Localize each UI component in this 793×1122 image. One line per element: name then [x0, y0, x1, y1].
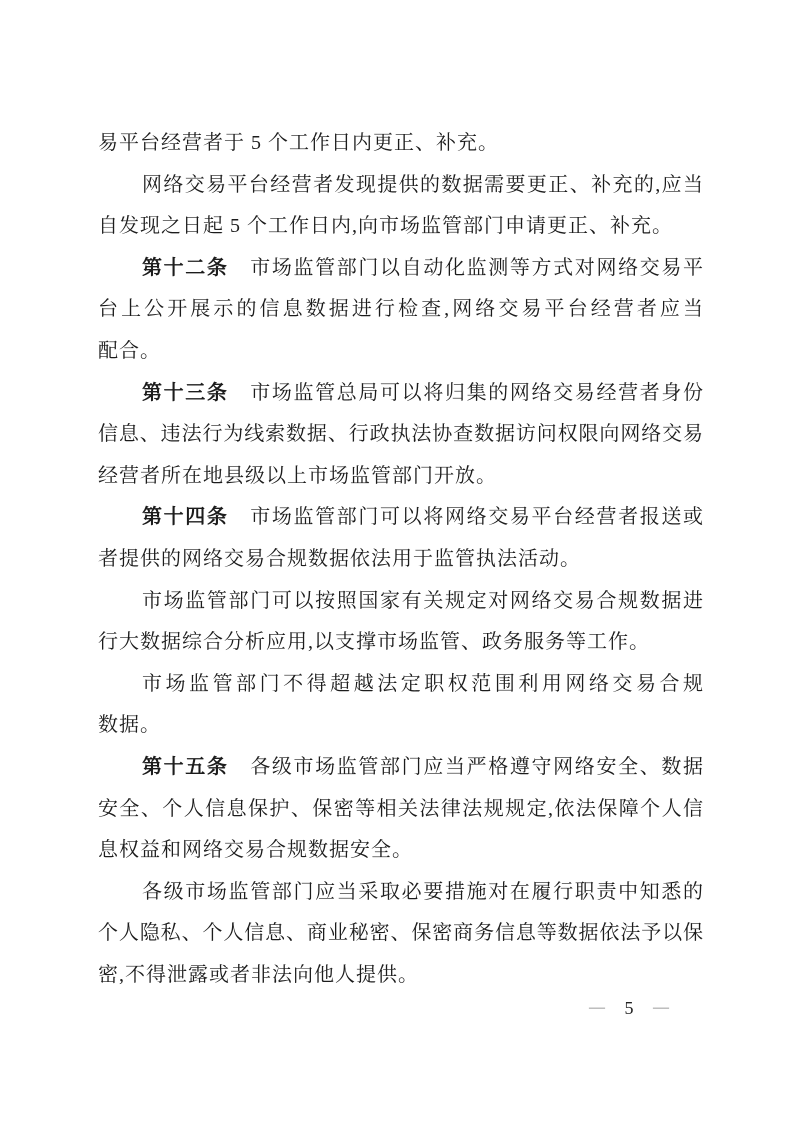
- document-body: 易平台经营者于 5 个工作日内更正、补充。网络交易平台经营者发现提供的数据需要更…: [98, 123, 703, 996]
- article-number: 第十五条: [142, 756, 229, 778]
- text-segment: 息权益和网络交易合规数据安全。: [98, 839, 413, 861]
- text-segment: 行大数据综合分析应用,以支撑市场监管、政务服务等工作。: [98, 631, 650, 653]
- text-line: 网络交易平台经营者发现提供的数据需要更正、补充的,应当: [98, 165, 703, 207]
- text-line: 安全、个人信息保护、保密等相关法律法规规定,依法保障个人信: [98, 789, 703, 831]
- text-segment: 市场监管总局可以将归集的网络交易经营者身份: [229, 382, 703, 404]
- text-segment: 各级市场监管部门应当采取必要措施对在履行职责中知悉的: [142, 881, 703, 903]
- text-line: 易平台经营者于 5 个工作日内更正、补充。: [98, 123, 703, 165]
- text-line: 配合。: [98, 331, 703, 373]
- text-segment: 经营者所在地县级以上市场监管部门开放。: [98, 465, 497, 487]
- article-number: 第十四条: [142, 506, 229, 528]
- text-line: 密,不得泄露或者非法向他人提供。: [98, 955, 703, 997]
- text-segment: 市场监管部门可以按照国家有关规定对网络交易合规数据进: [142, 590, 703, 612]
- text-line: 行大数据综合分析应用,以支撑市场监管、政务服务等工作。: [98, 622, 703, 664]
- document-page: 易平台经营者于 5 个工作日内更正、补充。网络交易平台经营者发现提供的数据需要更…: [0, 0, 793, 1122]
- text-segment: 市场监管部门以自动化监测等方式对网络交易平: [229, 257, 703, 279]
- article-number: 第十二条: [142, 257, 229, 279]
- footer-dash-left: —: [589, 995, 605, 1021]
- text-segment: 自发现之日起 5 个工作日内,向市场监管部门申请更正、补充。: [98, 215, 673, 237]
- text-segment: 个人隐私、个人信息、商业秘密、保密商务信息等数据依法予以保: [98, 922, 703, 944]
- text-line: 第十五条 各级市场监管部门应当严格遵守网络安全、数据: [98, 747, 703, 789]
- text-segment: 者提供的网络交易合规数据依法用于监管执法活动。: [98, 548, 581, 570]
- text-line: 者提供的网络交易合规数据依法用于监管执法活动。: [98, 539, 703, 581]
- text-line: 经营者所在地县级以上市场监管部门开放。: [98, 456, 703, 498]
- text-line: 市场监管部门不得超越法定职权范围利用网络交易合规: [98, 664, 703, 706]
- text-segment: 安全、个人信息保护、保密等相关法律法规规定,依法保障个人信: [98, 798, 703, 820]
- text-line: 第十四条 市场监管部门可以将网络交易平台经营者报送或: [98, 497, 703, 539]
- text-segment: 市场监管部门可以将网络交易平台经营者报送或: [229, 506, 703, 528]
- text-segment: 易平台经营者于 5 个工作日内更正、补充。: [98, 132, 499, 154]
- page-number: 5: [625, 995, 634, 1021]
- text-segment: 密,不得泄露或者非法向他人提供。: [98, 964, 419, 986]
- text-line: 个人隐私、个人信息、商业秘密、保密商务信息等数据依法予以保: [98, 913, 703, 955]
- text-line: 信息、违法行为线索数据、行政执法协查数据访问权限向网络交易: [98, 414, 703, 456]
- footer-dash-right: —: [653, 995, 669, 1021]
- text-line: 市场监管部门可以按照国家有关规定对网络交易合规数据进: [98, 581, 703, 623]
- text-segment: 数据。: [98, 714, 161, 736]
- text-segment: 台上公开展示的信息数据进行检查,网络交易平台经营者应当: [98, 298, 703, 320]
- text-segment: 信息、违法行为线索数据、行政执法协查数据访问权限向网络交易: [98, 423, 703, 445]
- text-segment: 配合。: [98, 340, 161, 362]
- text-segment: 各级市场监管部门应当严格遵守网络安全、数据: [229, 756, 703, 778]
- text-line: 数据。: [98, 705, 703, 747]
- text-line: 第十三条 市场监管总局可以将归集的网络交易经营者身份: [98, 373, 703, 415]
- text-line: 台上公开展示的信息数据进行检查,网络交易平台经营者应当: [98, 289, 703, 331]
- text-segment: 网络交易平台经营者发现提供的数据需要更正、补充的,应当: [142, 174, 703, 196]
- text-line: 自发现之日起 5 个工作日内,向市场监管部门申请更正、补充。: [98, 206, 703, 248]
- text-line: 第十二条 市场监管部门以自动化监测等方式对网络交易平: [98, 248, 703, 290]
- article-number: 第十三条: [142, 382, 229, 404]
- page-number-footer: — 5 —: [589, 995, 669, 1021]
- text-segment: 市场监管部门不得超越法定职权范围利用网络交易合规: [142, 673, 703, 695]
- text-line: 息权益和网络交易合规数据安全。: [98, 830, 703, 872]
- text-line: 各级市场监管部门应当采取必要措施对在履行职责中知悉的: [98, 872, 703, 914]
